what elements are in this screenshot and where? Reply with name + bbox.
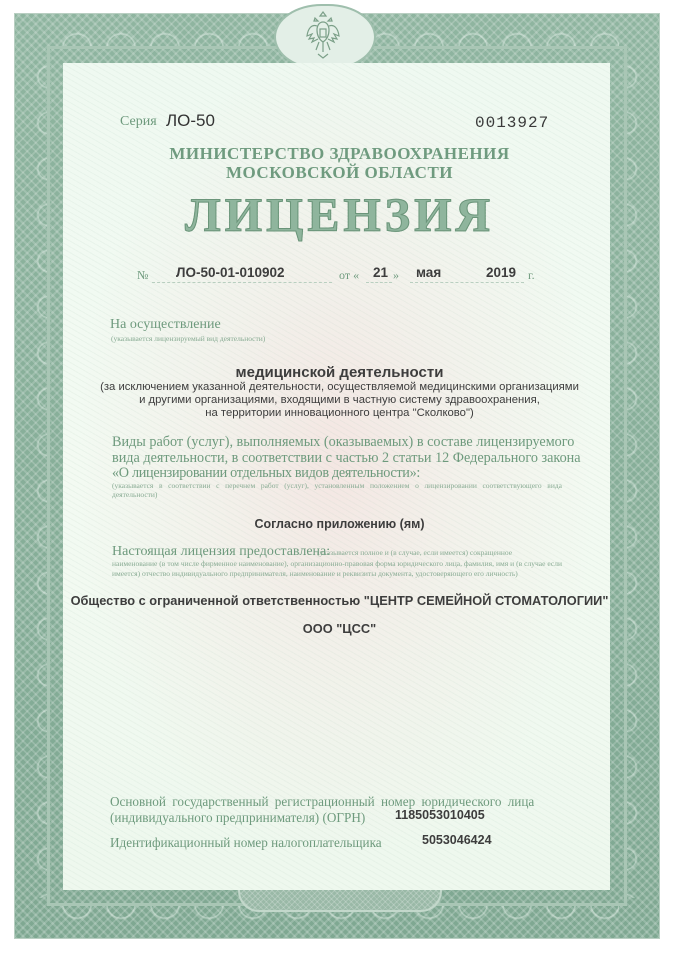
- licensee-short-name: ООО "ЦСС": [0, 621, 679, 636]
- series-label: Серия: [120, 114, 157, 130]
- ministry-name-line2: МОСКОВСКОЙ ОБЛАСТИ: [0, 163, 679, 183]
- licensee-full-name: Общество с ограниченной ответственностью…: [0, 593, 679, 608]
- license-year: 2019: [486, 265, 516, 280]
- activity-clarification-line2: и другими организациями, входящими в час…: [0, 394, 679, 406]
- activity-label: На осуществление: [110, 317, 221, 333]
- license-number: ЛО-50-01-010902: [176, 265, 285, 280]
- licensee-label: Настоящая лицензия предоставлена:: [112, 544, 330, 560]
- ministry-name-line1: МИНИСТЕРСТВО ЗДРАВООХРАНЕНИЯ: [0, 144, 679, 164]
- activity-note: (указывается лицензируемый вид деятельно…: [111, 334, 265, 343]
- license-number-label: №: [137, 268, 148, 283]
- inn-value: 5053046424: [422, 833, 492, 847]
- licensee-note-inline: (указывается полное и (в случае, если им…: [317, 548, 512, 557]
- activity-clarification-line3: на территории инновационного центра "Ско…: [0, 407, 679, 419]
- day-underline: [366, 282, 392, 283]
- license-number-underline: [152, 282, 332, 283]
- activity-clarification-line1: (за исключением указанной деятельности, …: [0, 381, 679, 393]
- month-year-underline: [410, 282, 524, 283]
- serial-number: 0013927: [475, 114, 549, 132]
- ogrn-label-line2: (индивидуального предпринимателя) (ОГРН): [110, 810, 365, 826]
- ogrn-value: 1185053010405: [395, 808, 485, 822]
- license-day: 21: [373, 265, 388, 280]
- inn-label: Идентификационный номер налогоплательщик…: [110, 835, 382, 851]
- date-from-label: от «: [339, 268, 359, 283]
- year-suffix: г.: [528, 268, 535, 283]
- activity-value: медицинской деятельности: [0, 364, 679, 381]
- works-value: Согласно приложению (ям): [0, 517, 679, 531]
- works-label-line1: Виды работ (услуг), выполняемых (оказыва…: [112, 434, 574, 451]
- works-label-line3: «О лицензировании отдельных видов деятел…: [112, 465, 420, 482]
- document-title: ЛИЦЕНЗИЯ: [0, 188, 679, 243]
- series-value: ЛО-50: [166, 111, 215, 131]
- russian-coat-of-arms-icon: [306, 10, 340, 62]
- license-month: мая: [416, 265, 441, 280]
- licensee-note: наименование (в том числе фирменное наим…: [112, 559, 562, 579]
- date-quote-close: »: [393, 268, 399, 283]
- works-note: (указывается в соответствии с перечнем р…: [112, 481, 562, 499]
